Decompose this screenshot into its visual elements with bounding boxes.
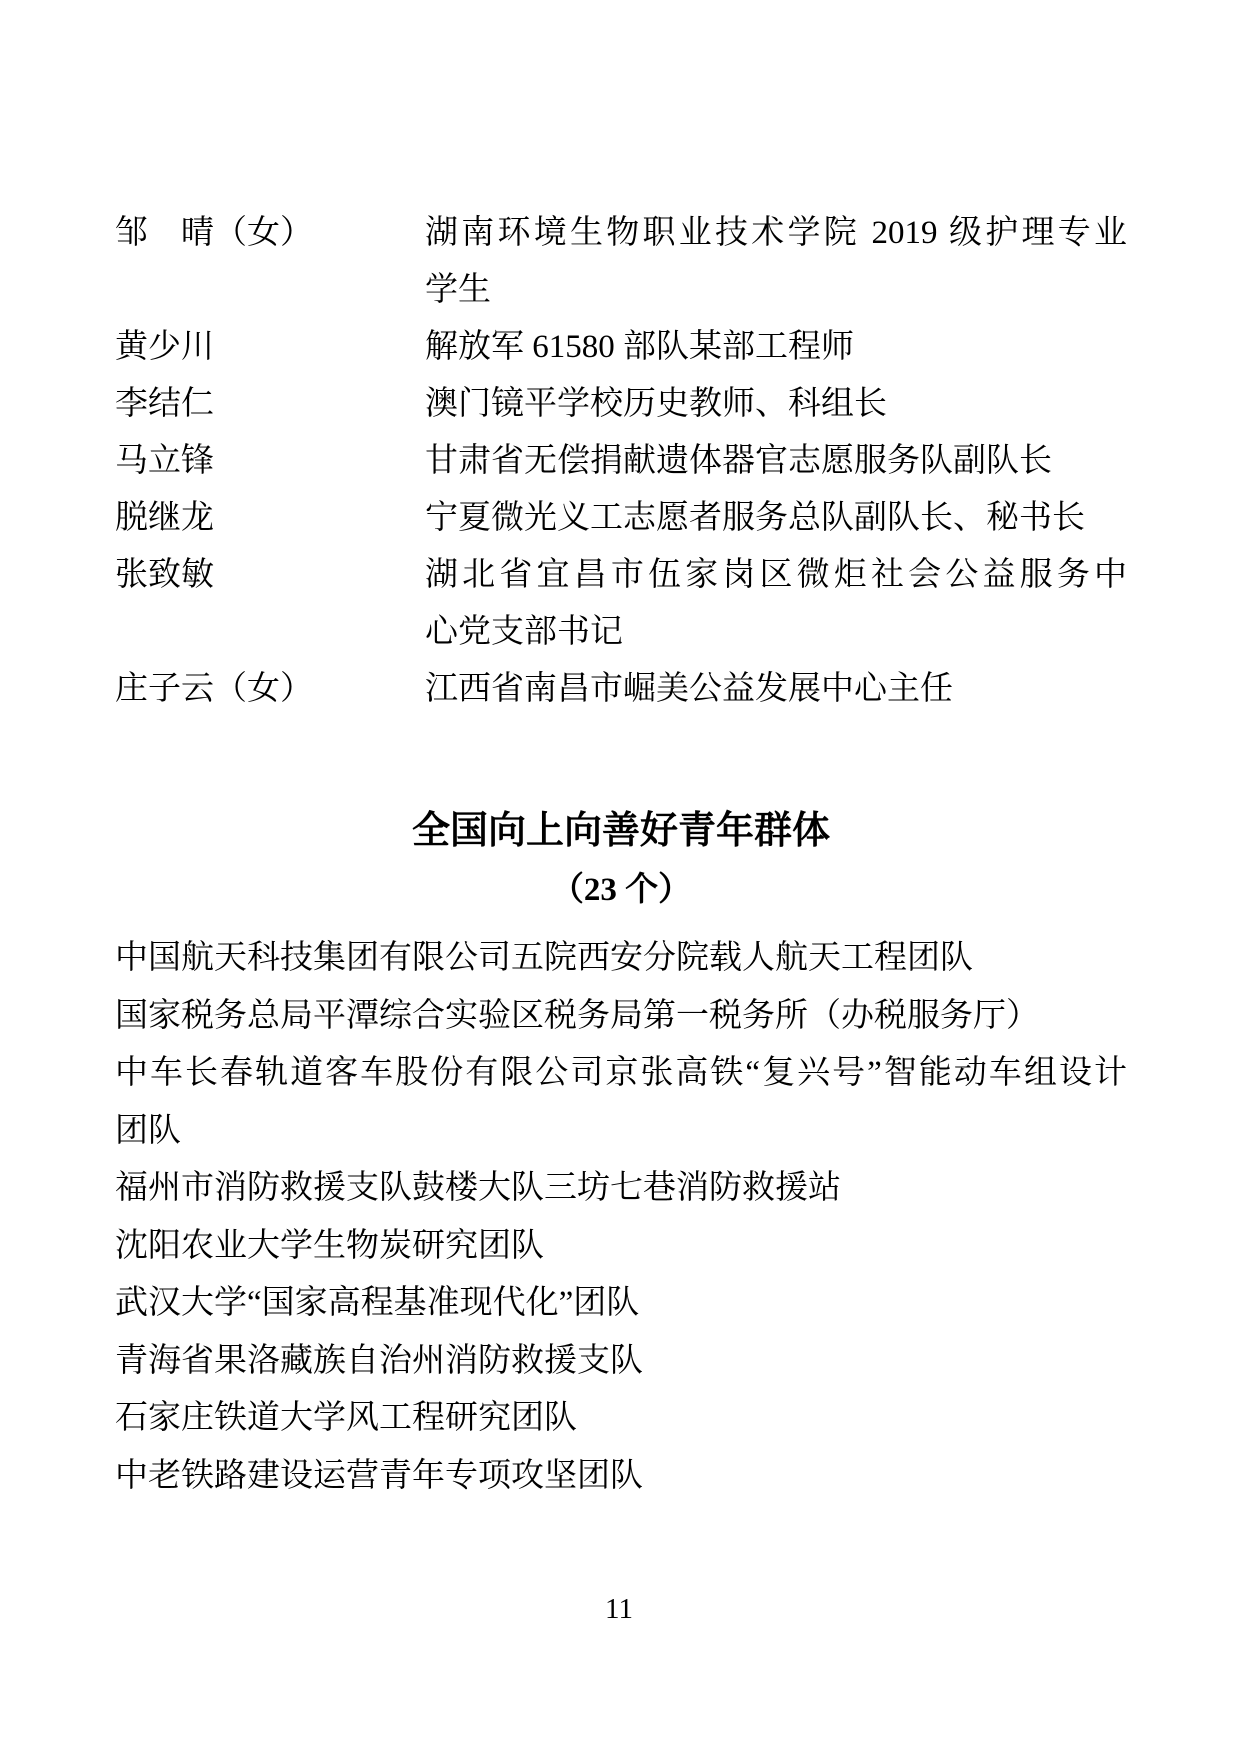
recipient-description: 湖南环境生物职业技术学院 2019 级护理专业 学生 bbox=[425, 205, 1127, 319]
page-number: 11 bbox=[0, 1592, 1238, 1626]
recipient-name: 庄子云（女） bbox=[115, 661, 425, 718]
roster-row: 张致敏 湖北省宜昌市伍家岗区微炬社会公益服务中 心党支部书记 bbox=[115, 547, 1127, 661]
group-item: 国家税务总局平潭综合实验区税务局第一税务所（办税服务厅） bbox=[115, 988, 1127, 1046]
group-item: 中车长春轨道客车股份有限公司京张高铁“复兴号”智能动车组设计 bbox=[115, 1045, 1127, 1103]
description-line: 心党支部书记 bbox=[425, 604, 1127, 661]
recipient-description: 解放军 61580 部队某部工程师 bbox=[425, 319, 1127, 376]
roster-row: 李结仁 澳门镜平学校历史教师、科组长 bbox=[115, 376, 1127, 433]
group-item: 青海省果洛藏族自治州消防救援支队 bbox=[115, 1333, 1127, 1391]
group-item: 武汉大学“国家高程基准现代化”团队 bbox=[115, 1275, 1127, 1333]
roster-row: 庄子云（女） 江西省南昌市崛美公益发展中心主任 bbox=[115, 661, 1127, 718]
group-item: 福州市消防救援支队鼓楼大队三坊七巷消防救援站 bbox=[115, 1160, 1127, 1218]
roster-row: 马立锋 甘肃省无偿捐献遗体器官志愿服务队副队长 bbox=[115, 433, 1127, 490]
group-item: 石家庄铁道大学风工程研究团队 bbox=[115, 1390, 1127, 1448]
award-recipient-roster: 邹 晴（女） 湖南环境生物职业技术学院 2019 级护理专业 学生 黄少川 解放… bbox=[115, 205, 1127, 718]
section-count: （23 个） bbox=[115, 866, 1127, 914]
description-line: 湖北省宜昌市伍家岗区微炬社会公益服务中 bbox=[425, 547, 1127, 604]
recipient-name: 马立锋 bbox=[115, 433, 425, 490]
description-line: 湖南环境生物职业技术学院 2019 级护理专业 bbox=[425, 205, 1127, 262]
roster-row: 脱继龙 宁夏微光义工志愿者服务总队副队长、秘书长 bbox=[115, 490, 1127, 547]
recipient-description: 江西省南昌市崛美公益发展中心主任 bbox=[425, 661, 1127, 718]
description-line: 澳门镜平学校历史教师、科组长 bbox=[425, 376, 1127, 433]
roster-row: 邹 晴（女） 湖南环境生物职业技术学院 2019 级护理专业 学生 bbox=[115, 205, 1127, 319]
description-line: 江西省南昌市崛美公益发展中心主任 bbox=[425, 661, 1127, 718]
recipient-name: 李结仁 bbox=[115, 376, 425, 433]
recipient-name: 张致敏 bbox=[115, 547, 425, 604]
description-line: 甘肃省无偿捐献遗体器官志愿服务队副队长 bbox=[425, 433, 1127, 490]
group-item: 中国航天科技集团有限公司五院西安分院载人航天工程团队 bbox=[115, 930, 1127, 988]
description-line: 解放军 61580 部队某部工程师 bbox=[425, 319, 1127, 376]
document-page: 邹 晴（女） 湖南环境生物职业技术学院 2019 级护理专业 学生 黄少川 解放… bbox=[0, 0, 1238, 1745]
recipient-description: 宁夏微光义工志愿者服务总队副队长、秘书长 bbox=[425, 490, 1127, 547]
recipient-description: 澳门镜平学校历史教师、科组长 bbox=[425, 376, 1127, 433]
description-line: 宁夏微光义工志愿者服务总队副队长、秘书长 bbox=[425, 490, 1127, 547]
group-item: 沈阳农业大学生物炭研究团队 bbox=[115, 1218, 1127, 1276]
section-title: 全国向上向善好青年群体 bbox=[115, 806, 1127, 856]
recipient-name: 脱继龙 bbox=[115, 490, 425, 547]
recipient-description: 湖北省宜昌市伍家岗区微炬社会公益服务中 心党支部书记 bbox=[425, 547, 1127, 661]
recipient-description: 甘肃省无偿捐献遗体器官志愿服务队副队长 bbox=[425, 433, 1127, 490]
group-item-continuation: 团队 bbox=[115, 1103, 1127, 1161]
group-list: 中国航天科技集团有限公司五院西安分院载人航天工程团队 国家税务总局平潭综合实验区… bbox=[115, 930, 1127, 1505]
group-item: 中老铁路建设运营青年专项攻坚团队 bbox=[115, 1448, 1127, 1506]
recipient-name: 邹 晴（女） bbox=[115, 205, 425, 262]
page-content: 邹 晴（女） 湖南环境生物职业技术学院 2019 级护理专业 学生 黄少川 解放… bbox=[115, 205, 1127, 1505]
recipient-name: 黄少川 bbox=[115, 319, 425, 376]
roster-row: 黄少川 解放军 61580 部队某部工程师 bbox=[115, 319, 1127, 376]
description-line: 学生 bbox=[425, 262, 1127, 319]
